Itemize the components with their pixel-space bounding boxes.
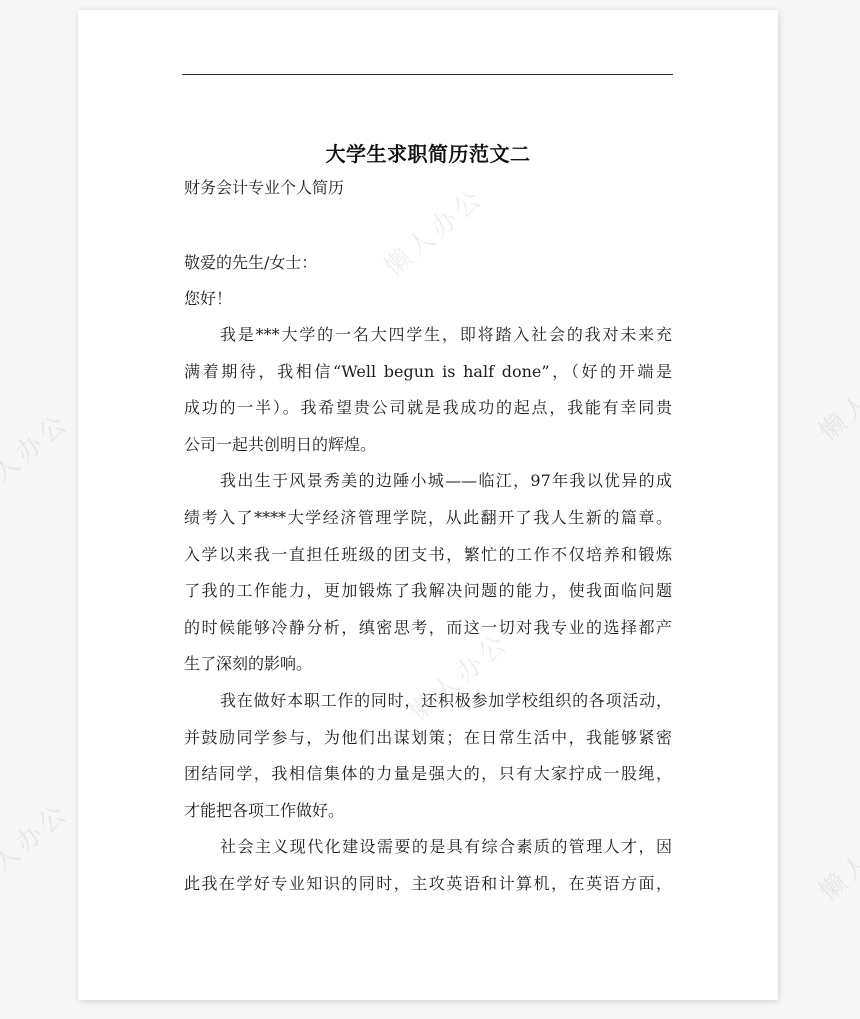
header-rule [182, 74, 673, 75]
body-line: 满着期待，我相信“Well begun is half done”，（好的开端是 [184, 362, 672, 382]
body-line: 绩考入了****大学经济管理学院，从此翻开了我人生新的篇章。 [184, 508, 672, 528]
body-line: 入学以来我一直担任班级的团支书，繁忙的工作不仅培养和锻炼 [184, 545, 672, 565]
watermark-text: 懒人办公 [0, 793, 76, 898]
body-line: 我在做好本职工作的同时，还积极参加学校组织的各项活动， [220, 691, 672, 711]
watermark-text: 懒人办公 [810, 343, 860, 448]
document-page: 大学生求职简历范文二 财务会计专业个人简历 敬爱的先生/女士： 您好！ 我是**… [78, 10, 778, 1000]
document-title: 大学生求职简历范文二 [78, 138, 778, 167]
document-subtitle: 财务会计专业个人简历 [184, 178, 344, 198]
body-line: 此我在学好专业知识的同时，主攻英语和计算机，在英语方面， [184, 874, 672, 894]
body-line: 我是***大学的一名大四学生，即将踏入社会的我对未来充 [220, 325, 672, 345]
body-line: 团结同学，我相信集体的力量是强大的，只有大家拧成一股绳， [184, 764, 672, 784]
body-line: 才能把各项工作做好。 [184, 801, 344, 821]
body-line: 成功的一半）。我希望贵公司就是我成功的起点，我能有幸同贵 [184, 398, 672, 418]
watermark-text: 懒人办公 [0, 403, 76, 508]
body-line: 并鼓励同学参与，为他们出谋划策；在日常生活中，我能够紧密 [184, 728, 672, 748]
watermark-text: 懒人办公 [810, 803, 860, 908]
body-line: 的时候能够冷静分析，缜密思考，而这一切对我专业的选择都产 [184, 618, 672, 638]
body-line: 生了深刻的影响。 [184, 654, 312, 674]
body-line: 了我的工作能力，更加锻炼了我解决问题的能力，使我面临问题 [184, 581, 672, 601]
body-line: 社会主义现代化建设需要的是具有综合素质的管理人才，因 [220, 837, 672, 857]
salutation: 敬爱的先生/女士： [184, 253, 317, 273]
body-line: 我出生于风景秀美的边陲小城——临江，97年我以优异的成 [220, 471, 672, 491]
body-line: 公司一起共创明日的辉煌。 [184, 435, 376, 455]
greeting: 您好！ [184, 289, 232, 309]
